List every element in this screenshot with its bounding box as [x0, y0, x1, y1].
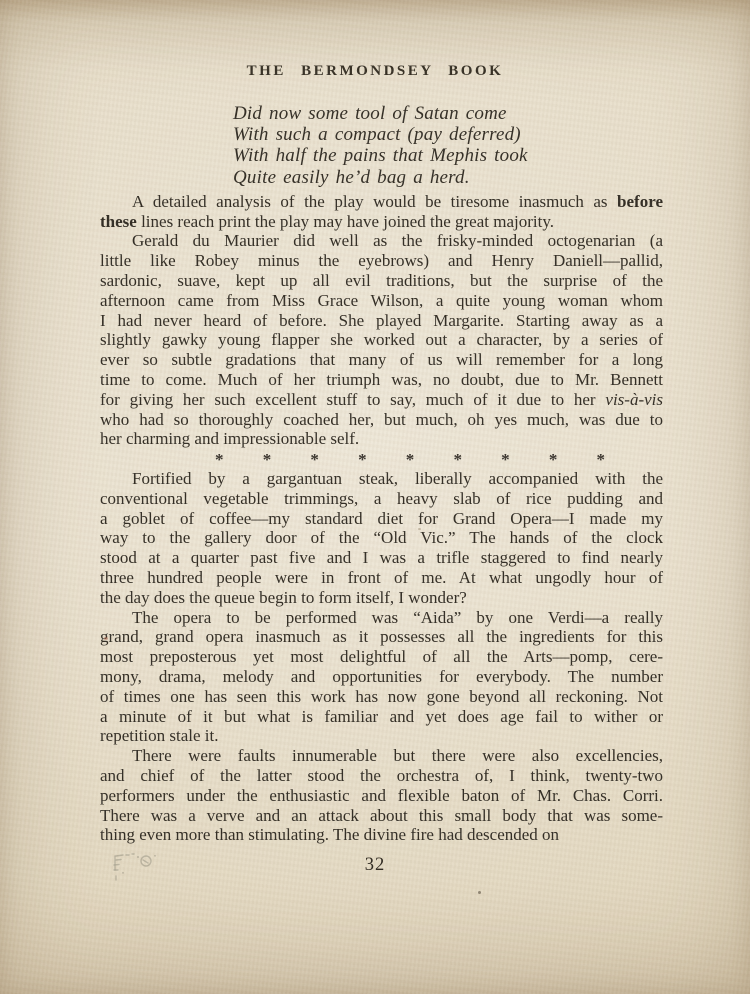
text-run: and chief of the latter stood the orches…	[100, 766, 663, 785]
paragraph: There were faults innumerable but there …	[100, 746, 663, 845]
text-run: for giving her such excellent stuff to s…	[100, 390, 605, 409]
asterisk: *	[501, 449, 510, 469]
text-run: Gerald du Maurier did well as the frisky…	[132, 231, 663, 250]
text-run: sardonic, suave, kept up all evil tradit…	[100, 271, 663, 290]
paragraph: The opera to be performed was “Aida” by …	[100, 608, 663, 747]
text-run: mony, drama, melody and opportunities fo…	[100, 667, 663, 686]
text-line: these lines reach print the play may hav…	[100, 212, 663, 232]
text-line: Fortified by a gargantuan steak, liberal…	[100, 469, 663, 489]
asterisk: *	[263, 449, 272, 469]
text-run: The opera to be performed was “Aida” by …	[132, 608, 663, 627]
text-line: ever so subtle gradations that many of u…	[100, 350, 663, 370]
text-run: a minute of it but what is familiar and …	[100, 707, 663, 726]
text-run: three hundred people were in front of me…	[100, 568, 663, 587]
text-run: slightly gawky young flapper she worked …	[100, 330, 663, 349]
text-line: stood at a quarter past five and I was a…	[100, 548, 663, 568]
text-line: grand, grand opera inasmuch as it posses…	[100, 627, 663, 647]
asterisk: *	[453, 449, 462, 469]
asterisk: *	[549, 449, 558, 469]
text-run: stood at a quarter past five and I was a…	[100, 548, 663, 567]
asterisk: *	[215, 449, 224, 469]
text-run: time to come. Much of her triumph was, n…	[100, 370, 663, 389]
text-line: who had so thoroughly coached her, but m…	[100, 410, 663, 430]
page-body: A detailed analysis of the play would be…	[100, 192, 663, 845]
asterisk: *	[406, 449, 415, 469]
paragraph: Gerald du Maurier did well as the frisky…	[100, 231, 663, 449]
text-line: way to the gallery door of the “Old Vic.…	[100, 528, 663, 548]
poem-line: With half the pains that Mephis took	[233, 145, 750, 166]
text-line: A detailed analysis of the play would be…	[100, 192, 663, 212]
text-run: her charming and impressionable self.	[100, 429, 359, 448]
text-run: the day does the queue begin to form its…	[100, 588, 467, 607]
text-line: repetition stale it.	[100, 726, 663, 746]
book-page: THE BERMONDSEY BOOK Did now some tool of…	[0, 0, 750, 994]
text-line: I had never heard of before. She played …	[100, 311, 663, 331]
text-line: most preposterous yet most delightful of…	[100, 647, 663, 667]
paragraph: A detailed analysis of the play would be…	[100, 192, 663, 232]
text-line: afternoon came from Miss Grace Wilson, a…	[100, 291, 663, 311]
text-run: most preposterous yet most delightful of…	[100, 647, 663, 666]
text-line: performers under the enthusiastic and fl…	[100, 786, 663, 806]
poem-block: Did now some tool of Satan comeWith such…	[233, 103, 750, 188]
text-line: Gerald du Maurier did well as the frisky…	[100, 231, 663, 251]
text-line: There were faults innumerable but there …	[100, 746, 663, 766]
text-line: thing even more than stimulating. The di…	[100, 825, 663, 845]
text-run: these	[100, 212, 137, 231]
ink-speck	[104, 637, 108, 640]
text-run: before	[617, 192, 663, 211]
poem-line: Quite easily he’d bag a herd.	[233, 167, 750, 188]
text-run: There were faults innumerable but there …	[132, 746, 663, 765]
text-line: three hundred people were in front of me…	[100, 568, 663, 588]
text-run: conventional vegetable trimmings, a heav…	[100, 489, 663, 508]
faint-stamp-marks	[110, 850, 174, 892]
text-line: a minute of it but what is familiar and …	[100, 707, 663, 727]
text-line: time to come. Much of her triumph was, n…	[100, 370, 663, 390]
text-run: performers under the enthusiastic and fl…	[100, 786, 663, 805]
text-run: lines reach print the play may have join…	[137, 212, 554, 231]
poem-line: With such a compact (pay deferred)	[233, 124, 750, 145]
text-line: the day does the queue begin to form its…	[100, 588, 663, 608]
text-run: repetition stale it.	[100, 726, 219, 745]
text-run: I had never heard of before. She played …	[100, 311, 663, 330]
text-run: who had so thoroughly coached her, but m…	[100, 410, 663, 429]
text-line: little like Robey minus the eyebrows) an…	[100, 251, 663, 271]
paragraph: Fortified by a gargantuan steak, liberal…	[100, 469, 663, 608]
text-run: vis-à-vis	[605, 390, 663, 409]
text-line: conventional vegetable trimmings, a heav…	[100, 489, 663, 509]
asterisk: *	[358, 449, 367, 469]
text-run: There was a verve and an attack about th…	[100, 806, 663, 825]
text-line: mony, drama, melody and opportunities fo…	[100, 667, 663, 687]
text-line: of times one has seen this work has now …	[100, 687, 663, 707]
text-run: ever so subtle gradations that many of u…	[100, 350, 663, 369]
poem-line: Did now some tool of Satan come	[233, 103, 750, 124]
text-line: There was a verve and an attack about th…	[100, 806, 663, 826]
text-line: sardonic, suave, kept up all evil tradit…	[100, 271, 663, 291]
text-run: way to the gallery door of the “Old Vic.…	[100, 528, 663, 547]
asterisk: *	[597, 449, 606, 469]
text-run: little like Robey minus the eyebrows) an…	[100, 251, 663, 270]
ink-speck	[478, 891, 481, 894]
text-line: The opera to be performed was “Aida” by …	[100, 608, 663, 628]
text-line: a goblet of coffee—my standard diet for …	[100, 509, 663, 529]
text-line: and chief of the latter stood the orches…	[100, 766, 663, 786]
text-line: slightly gawky young flapper she worked …	[100, 330, 663, 350]
text-run: Fortified by a gargantuan steak, liberal…	[132, 469, 663, 488]
text-run: thing even more than stimulating. The di…	[100, 825, 559, 844]
running-head: THE BERMONDSEY BOOK	[0, 0, 750, 79]
text-run: grand, grand opera inasmuch as it posses…	[100, 627, 663, 646]
faint-stamp	[110, 850, 174, 897]
text-run: of times one has seen this work has now …	[100, 687, 663, 706]
asterisk-separator: *********	[215, 449, 605, 469]
text-line: her charming and impressionable self.	[100, 429, 663, 449]
text-run: A detailed analysis of the play would be…	[132, 192, 617, 211]
asterisk: *	[310, 449, 319, 469]
ink-speck	[418, 528, 421, 530]
text-run: afternoon came from Miss Grace Wilson, a…	[100, 291, 663, 310]
text-run: a goblet of coffee—my standard diet for …	[100, 509, 663, 528]
text-line: for giving her such excellent stuff to s…	[100, 390, 663, 410]
